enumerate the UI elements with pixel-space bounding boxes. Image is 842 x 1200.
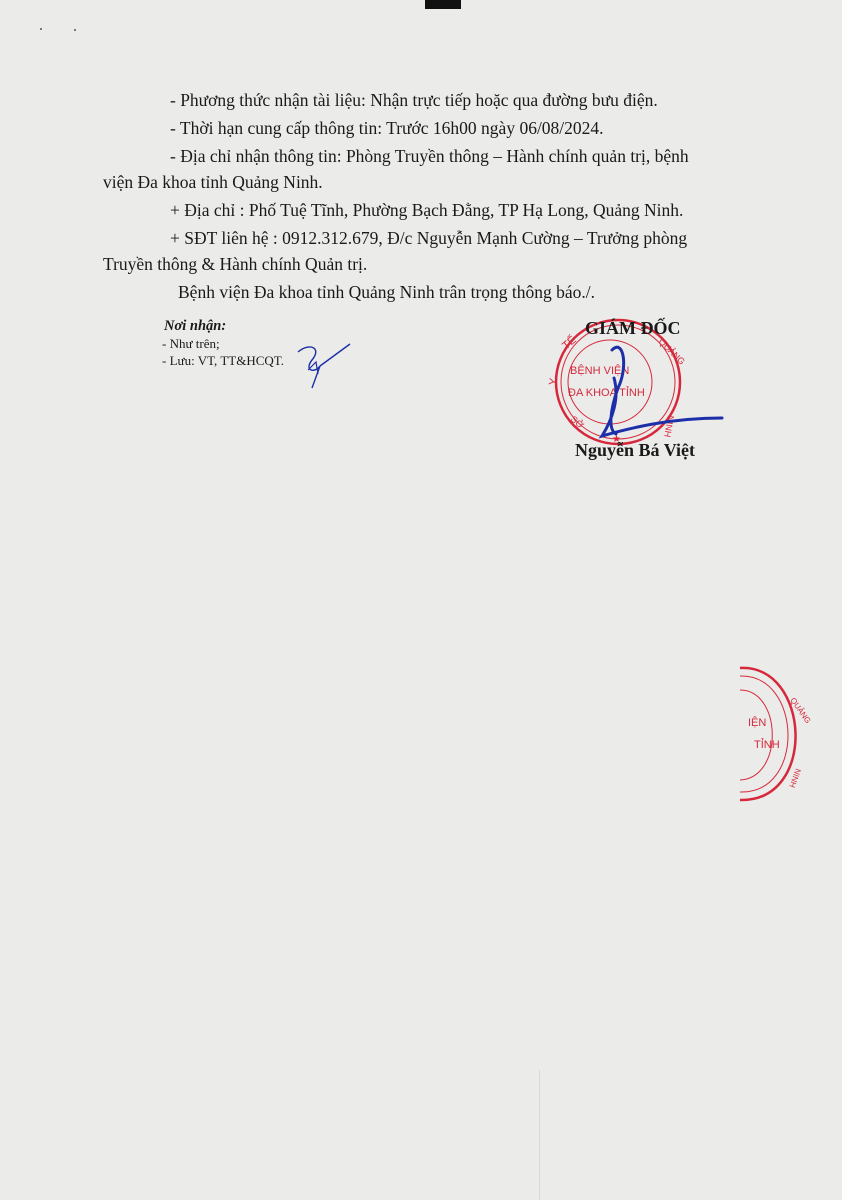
body-line-phone-contact-cont: Truyền thông & Hành chính Quản trị.: [103, 253, 367, 275]
svg-text:Y: Y: [547, 377, 560, 387]
recipient-item: - Lưu: VT, TT&HCQT.: [162, 353, 284, 369]
body-line-address-office-cont: viện Đa khoa tỉnh Quảng Ninh.: [103, 171, 323, 193]
body-line-deadline: - Thời hạn cung cấp thông tin: Trước 16h…: [170, 117, 604, 139]
scan-speck: [40, 28, 42, 30]
partial-stamp-icon: IỆN TỈNH QUẢNG NINH: [740, 668, 840, 803]
body-line-address-office: - Địa chỉ nhận thông tin: Phòng Truyền t…: [170, 145, 689, 167]
recipient-item: - Như trên;: [162, 336, 220, 352]
body-line-street-address: + Địa chỉ : Phố Tuệ Tĩnh, Phường Bạch Đằ…: [170, 199, 683, 221]
svg-text:IỆN: IỆN: [748, 716, 766, 729]
recipients-title: Nơi nhận:: [164, 318, 226, 335]
body-line-phone-contact: + SĐT liên hệ : 0912.312.679, Đ/c Nguyễn…: [170, 227, 687, 249]
document-page: - Phương thức nhận tài liệu: Nhận trực t…: [0, 0, 842, 1200]
body-line-delivery-method: - Phương thức nhận tài liệu: Nhận trực t…: [170, 89, 658, 111]
svg-text:TỈNH: TỈNH: [754, 738, 780, 751]
signatory-name: Nguyễn Bá Việt: [575, 440, 695, 461]
scan-artifact-line: [539, 1070, 540, 1200]
redaction-mark: [425, 0, 461, 9]
svg-text:NINH: NINH: [787, 767, 802, 789]
initials-signature-icon: [290, 340, 370, 395]
body-line-closing: Bệnh viện Đa khoa tỉnh Quảng Ninh trân t…: [178, 281, 595, 303]
signature-title: GIÁM ĐỐC: [585, 318, 681, 339]
scan-speck: [74, 29, 76, 31]
